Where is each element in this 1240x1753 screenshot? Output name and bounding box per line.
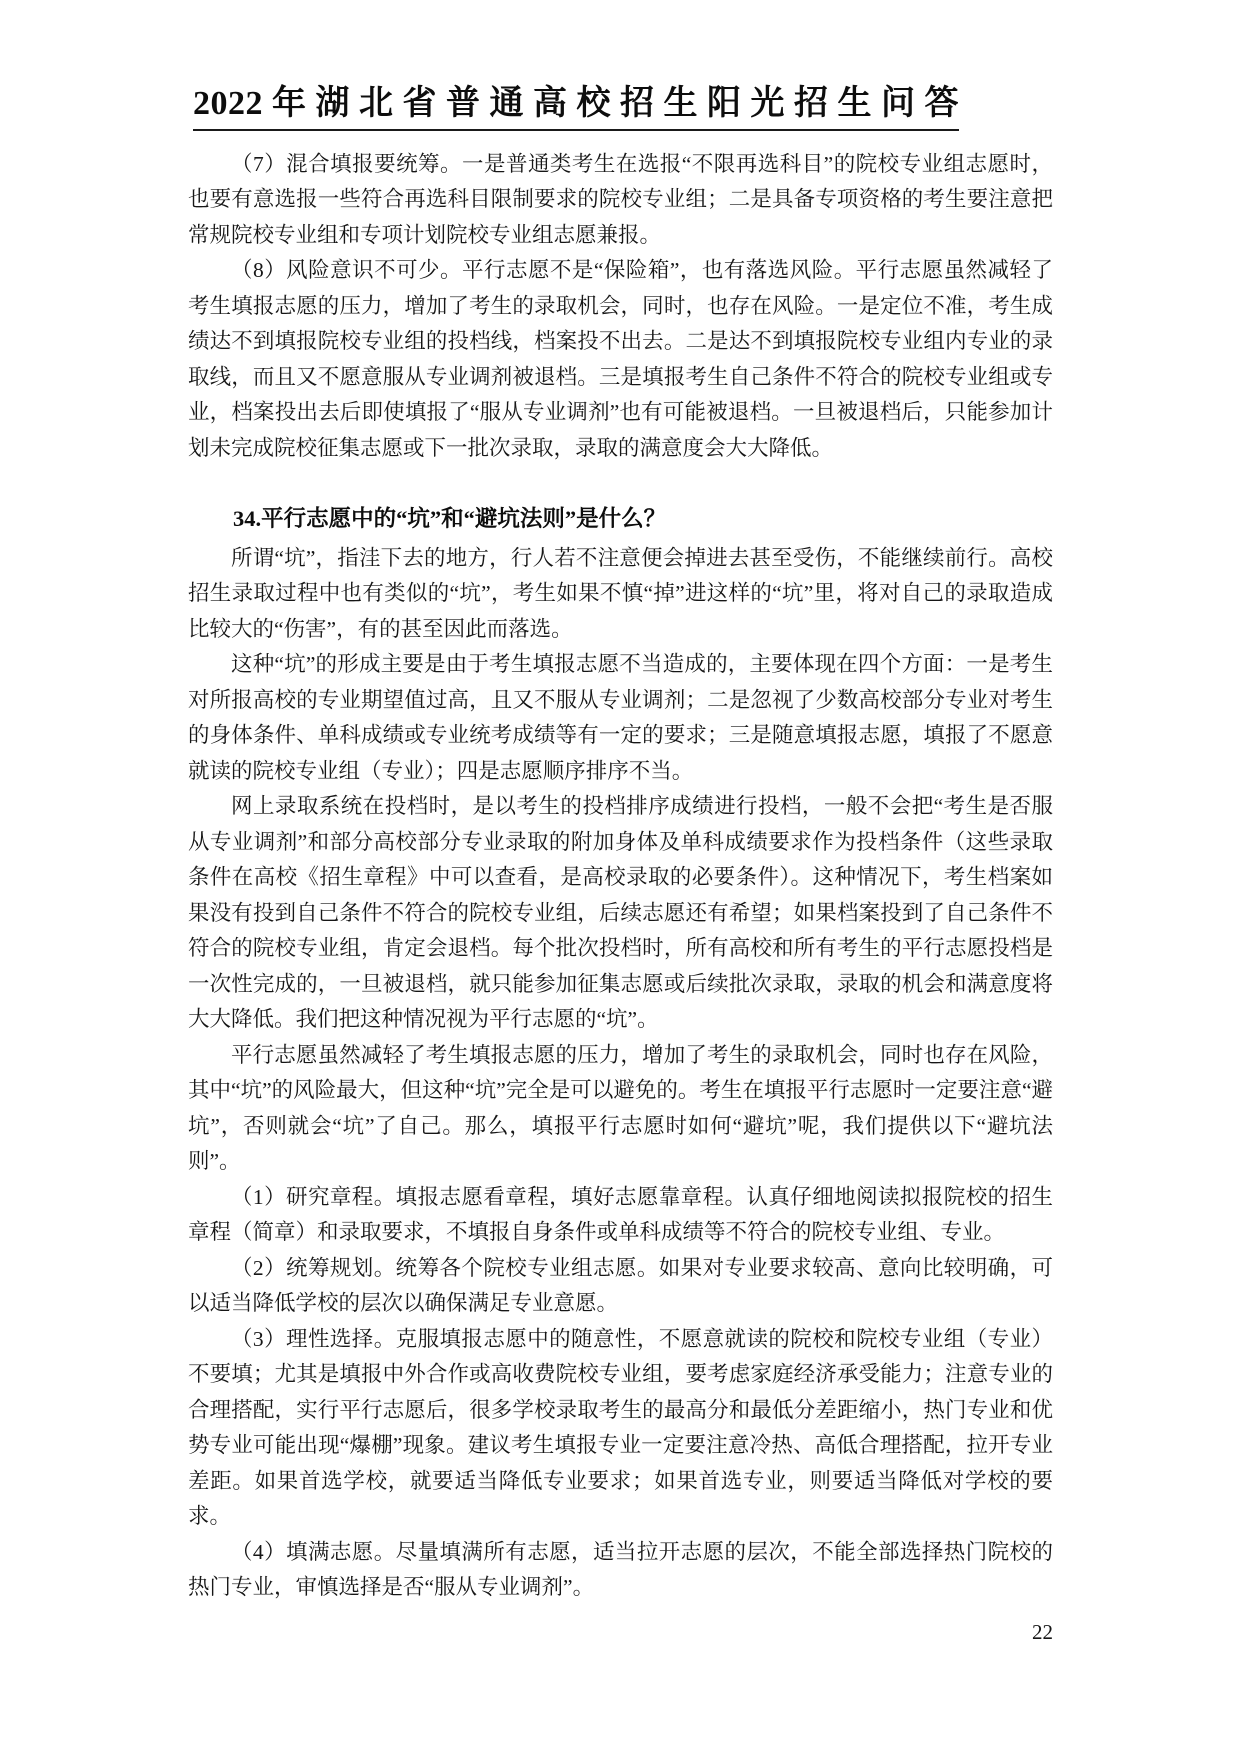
paragraph: 这种“坑”的形成主要是由于考生填报志愿不当造成的，主要体现在四个方面：一是考生对…: [188, 647, 1053, 789]
document-page: 2022 年 湖 北 省 普 通 高 校 招 生 阳 光 招 生 问 答 （7）…: [0, 0, 1240, 1753]
paragraph: 平行志愿虽然减轻了考生填报志愿的压力，增加了考生的录取机会，同时也存在风险，其中…: [188, 1038, 1053, 1180]
document-title: 2022 年 湖 北 省 普 通 高 校 招 生 阳 光 招 生 问 答: [193, 84, 959, 131]
paragraph: （3）理性选择。克服填报志愿中的随意性，不愿意就读的院校和院校专业组（专业）不要…: [188, 1322, 1053, 1535]
paragraph: （7）混合填报要统筹。一是普通类考生在选报“不限再选科目”的院校专业组志愿时，也…: [188, 147, 1053, 254]
page-footer: 22: [188, 1620, 1053, 1645]
page-header: 2022 年 湖 北 省 普 通 高 校 招 生 阳 光 招 生 问 答: [0, 0, 1240, 131]
paragraph: 所谓“坑”，指洼下去的地方，行人若不注意便会掉进去甚至受伤，不能继续前行。高校招…: [188, 541, 1053, 648]
document-body: （7）混合填报要统筹。一是普通类考生在选报“不限再选科目”的院校专业组志愿时，也…: [188, 147, 1053, 1606]
paragraph: （2）统筹规划。统筹各个院校专业组志愿。如果对专业要求较高、意向比较明确，可以适…: [188, 1251, 1053, 1322]
paragraph: （1）研究章程。填报志愿看章程，填好志愿靠章程。认真仔细地阅读拟报院校的招生章程…: [188, 1180, 1053, 1251]
paragraph: （8）风险意识不可少。平行志愿不是“保险箱”，也有落选风险。平行志愿虽然减轻了考…: [188, 253, 1053, 466]
page-number: 22: [1032, 1620, 1053, 1644]
paragraph: 网上录取系统在投档时，是以考生的投档排序成绩进行投档，一般不会把“考生是否服从专…: [188, 789, 1053, 1038]
paragraph: （4）填满志愿。尽量填满所有志愿，适当拉开志愿的层次，不能全部选择热门院校的热门…: [188, 1535, 1053, 1606]
question-heading: 34.平行志愿中的“坑”和“避坑法则”是什么？: [188, 501, 1053, 537]
